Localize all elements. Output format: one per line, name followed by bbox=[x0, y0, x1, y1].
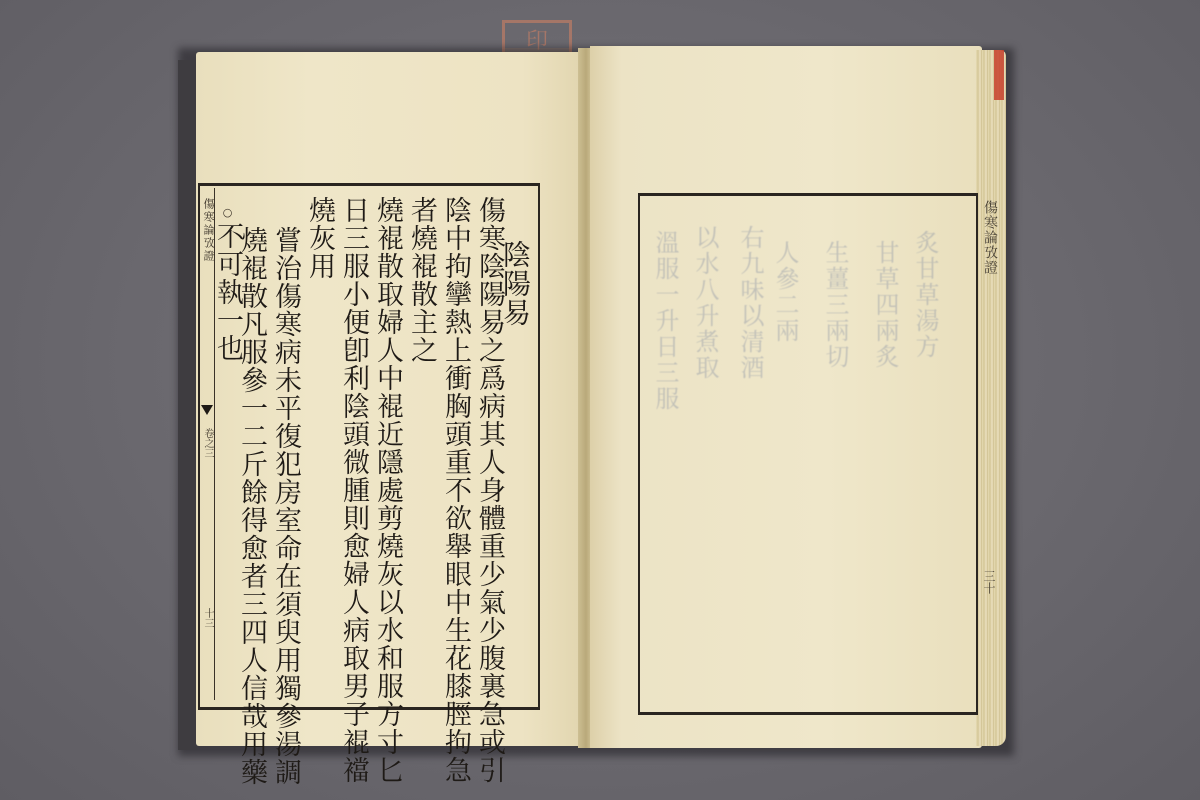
fore-edge-title: 傷寒論攷證 bbox=[980, 200, 998, 460]
text-column: 燒灰用 bbox=[304, 196, 334, 280]
text-column: 不可執一也 bbox=[212, 222, 242, 362]
fish-tail-mark bbox=[201, 405, 213, 415]
fore-edge-folio: 三十 bbox=[981, 570, 998, 594]
margin-folio: 十三 bbox=[200, 608, 215, 628]
margin-volume: 卷之三 bbox=[200, 428, 215, 458]
text-column: 燒裩散取婦人中裩近隱處剪燒灰以水和服方寸匕 bbox=[372, 196, 402, 784]
red-edge-mark bbox=[994, 50, 1004, 100]
fore-edge: 傷寒論攷證 三十 bbox=[976, 50, 1006, 746]
text-column: 傷寒陰陽易之爲病其人身體重少氣少腹裏急或引 bbox=[474, 196, 504, 784]
text-column: 嘗治傷寒病未平復犯房室命在須臾用獨參湯調 bbox=[270, 226, 300, 786]
text-column: 日三服小便卽利陰頭微腫則愈婦人病取男子裩襠 bbox=[338, 196, 368, 784]
right-page-frame bbox=[638, 193, 978, 715]
text-column: 陰中拘攣熱上衝胸頭重不欲舉眼中生花膝脛拘急 bbox=[440, 196, 470, 784]
text-column: 者燒裩散主之 bbox=[406, 196, 436, 364]
left-cover-edge bbox=[178, 60, 198, 750]
circle-mark: ○ bbox=[212, 206, 242, 220]
